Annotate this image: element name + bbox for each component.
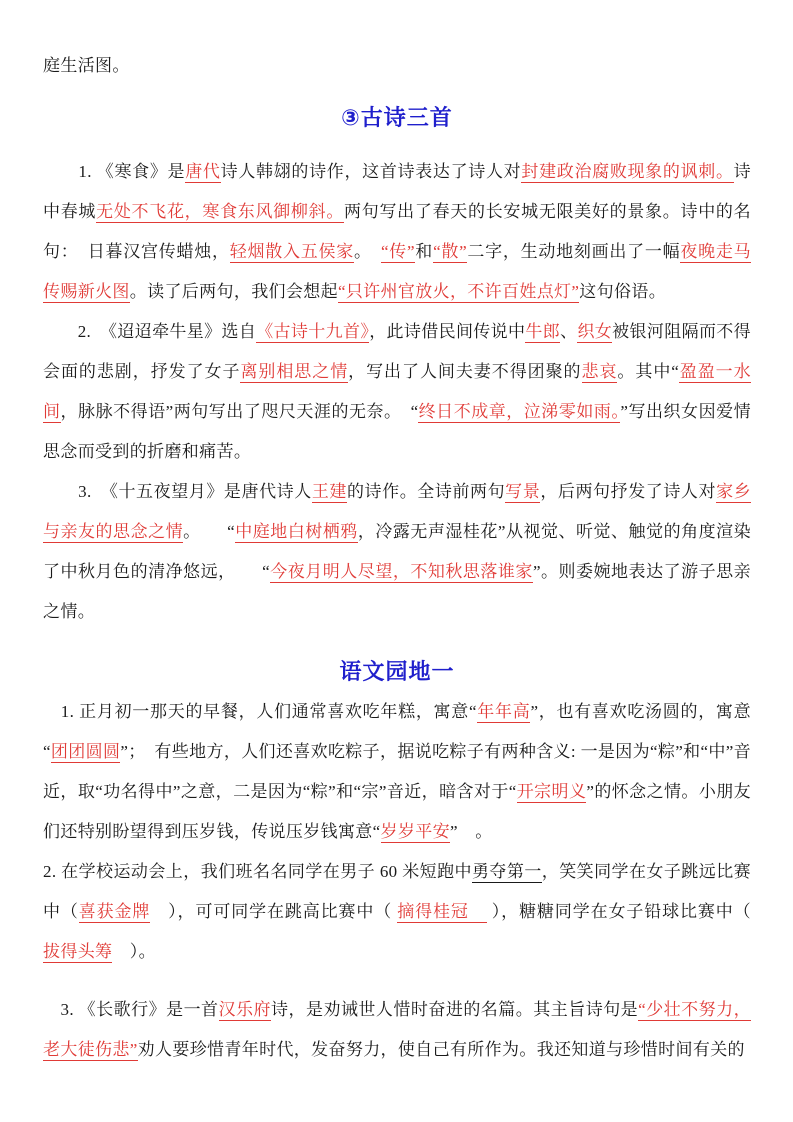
text-run: 和: [415, 242, 433, 261]
text-run: 3. 《长歌行》是一首: [43, 1000, 219, 1019]
highlighted-answer: 写景: [505, 482, 540, 503]
highlighted-answer: 年年高: [477, 702, 531, 723]
paragraph: 3. 《十五夜望月》是唐代诗人王建的诗作。全诗前两句写景，后两句抒发了诗人对家乡…: [43, 472, 751, 632]
text-run: ，写出了人间夫妻不得团聚的: [348, 362, 581, 381]
highlighted-answer: 汉乐府: [219, 1000, 271, 1021]
highlighted-answer: 摘得桂冠: [397, 902, 486, 923]
text-run: ）。: [112, 942, 156, 961]
highlighted-answer: 拔得头筹: [43, 942, 112, 963]
text-run: 1. 《寒食》是: [43, 162, 185, 181]
text-run: ，此诗借民间传说中: [369, 322, 525, 341]
highlighted-answer: “散”: [433, 242, 467, 263]
section-heading-gushi-sanshou: ③古诗三首: [43, 98, 751, 138]
section-body: 1. 正月初一那天的早餐，人们通常喜欢吃年糕，寓意“年年高”，也有喜欢吃汤圆的，…: [43, 692, 751, 1070]
highlighted-answer: 织女: [577, 322, 612, 343]
highlighted-answer: 唐代: [185, 162, 220, 183]
highlighted-answer: 终日不成章，泣涕零如雨。: [418, 402, 620, 423]
highlighted-answer: 团团圆圆: [51, 742, 120, 763]
text-run: ），可可同学在跳高比赛中（: [150, 902, 397, 921]
highlighted-answer: 牛郎: [525, 322, 560, 343]
text-run: 二字，生动地刻画出了一幅: [467, 242, 680, 261]
paragraph: 1. 正月初一那天的早餐，人们通常喜欢吃年糕，寓意“年年高”，也有喜欢吃汤圆的，…: [43, 692, 751, 852]
text-run: 劝人要珍惜青年时代，发奋努力，使自己有所作为。我还知道与珍惜时间有关的: [138, 1040, 745, 1059]
highlighted-answer: 悲哀: [582, 362, 618, 383]
text-run: ，后两句抒发了诗人对: [540, 482, 716, 501]
highlighted-answer: 离别相思之情: [240, 362, 348, 383]
text-run: 的诗作。全诗前两句: [347, 482, 505, 501]
text-run: 。其中“: [617, 362, 679, 381]
section-body: 1. 《寒食》是唐代诗人韩翃的诗作，这首诗表达了诗人对封建政治腐败现象的讽刺。诗…: [43, 152, 751, 632]
text-run: 、: [560, 322, 577, 341]
section-yuwen-yuandi-yi: 语文园地一 1. 正月初一那天的早餐，人们通常喜欢吃年糕，寓意“年年高”，也有喜…: [43, 652, 751, 1070]
document-page: 庭生活图。 ③古诗三首 1. 《寒食》是唐代诗人韩翃的诗作，这首诗表达了诗人对封…: [0, 0, 793, 1122]
text-run: ），糖糖同学在女子铅球比赛中（: [487, 902, 769, 921]
intro-line: 庭生活图。: [43, 46, 751, 86]
highlighted-answer: 封建政治腐败现象的讽刺。: [521, 162, 733, 183]
section-heading-yuwen-yuandi-yi: 语文园地一: [43, 652, 751, 692]
highlighted-answer: 《古诗十九首》: [256, 322, 369, 343]
highlighted-answer: “只许州官放火，不许百姓点灯”: [338, 282, 579, 303]
highlighted-answer: 今夜月明人尽望，不知秋思落谁家: [270, 562, 533, 583]
text-run: 3. 《十五夜望月》是唐代诗人: [43, 482, 312, 501]
text-run: 。: [354, 242, 381, 261]
highlighted-answer: 岁岁平安: [381, 822, 450, 843]
paragraph: 3. 《长歌行》是一首汉乐府诗，是劝诫世人惜时奋进的名篇。其主旨诗句是“少壮不努…: [43, 990, 751, 1070]
text-run: 。 “: [183, 522, 235, 541]
text-run: 1. 正月初一那天的早餐，人们通常喜欢吃年糕，寓意“: [43, 702, 477, 721]
text-run: 。读了后两句，我们会想起: [130, 282, 338, 301]
paragraph: 2. 《迢迢牵牛星》选自《古诗十九首》，此诗借民间传说中牛郎、织女被银河阻隔而不…: [43, 312, 751, 472]
highlighted-answer: 轻烟散入五侯家: [230, 242, 354, 263]
paragraph: 2. 在学校运动会上，我们班名名同学在男子 60 米短跑中勇夺第一，笑笑同学在女…: [43, 852, 751, 972]
text-run: 2. 《迢迢牵牛星》选自: [43, 322, 256, 341]
highlighted-answer: 喜获金牌: [79, 902, 151, 923]
text-run: 诗人韩翃的诗作，这首诗表达了诗人对: [221, 162, 522, 181]
text-run: 诗，是劝诫世人惜时奋进的名篇。其主旨诗句是: [271, 1000, 638, 1019]
paragraph: 1. 《寒食》是唐代诗人韩翃的诗作，这首诗表达了诗人对封建政治腐败现象的讽刺。诗…: [43, 152, 751, 312]
highlighted-answer: 中庭地白树栖鸦: [235, 522, 358, 543]
highlighted-answer: 无处不飞花，寒食东风御柳斜。: [96, 202, 344, 223]
text-run: ” 。: [450, 822, 493, 841]
underlined-text: 勇夺第一: [472, 862, 542, 883]
text-run: ，脉脉不得语”两句写出了咫尺天涯的无奈。 “: [61, 402, 419, 421]
highlighted-answer: “传”: [381, 242, 415, 263]
text-run: 这句俗语。: [579, 282, 666, 301]
text-run: 2. 在学校运动会上，我们班名名同学在男子 60 米短跑中: [43, 862, 472, 881]
section-gushi-sanshou: ③古诗三首 1. 《寒食》是唐代诗人韩翃的诗作，这首诗表达了诗人对封建政治腐败现…: [43, 98, 751, 632]
highlighted-answer: 开宗明义: [517, 782, 587, 803]
highlighted-answer: 王建: [312, 482, 347, 503]
